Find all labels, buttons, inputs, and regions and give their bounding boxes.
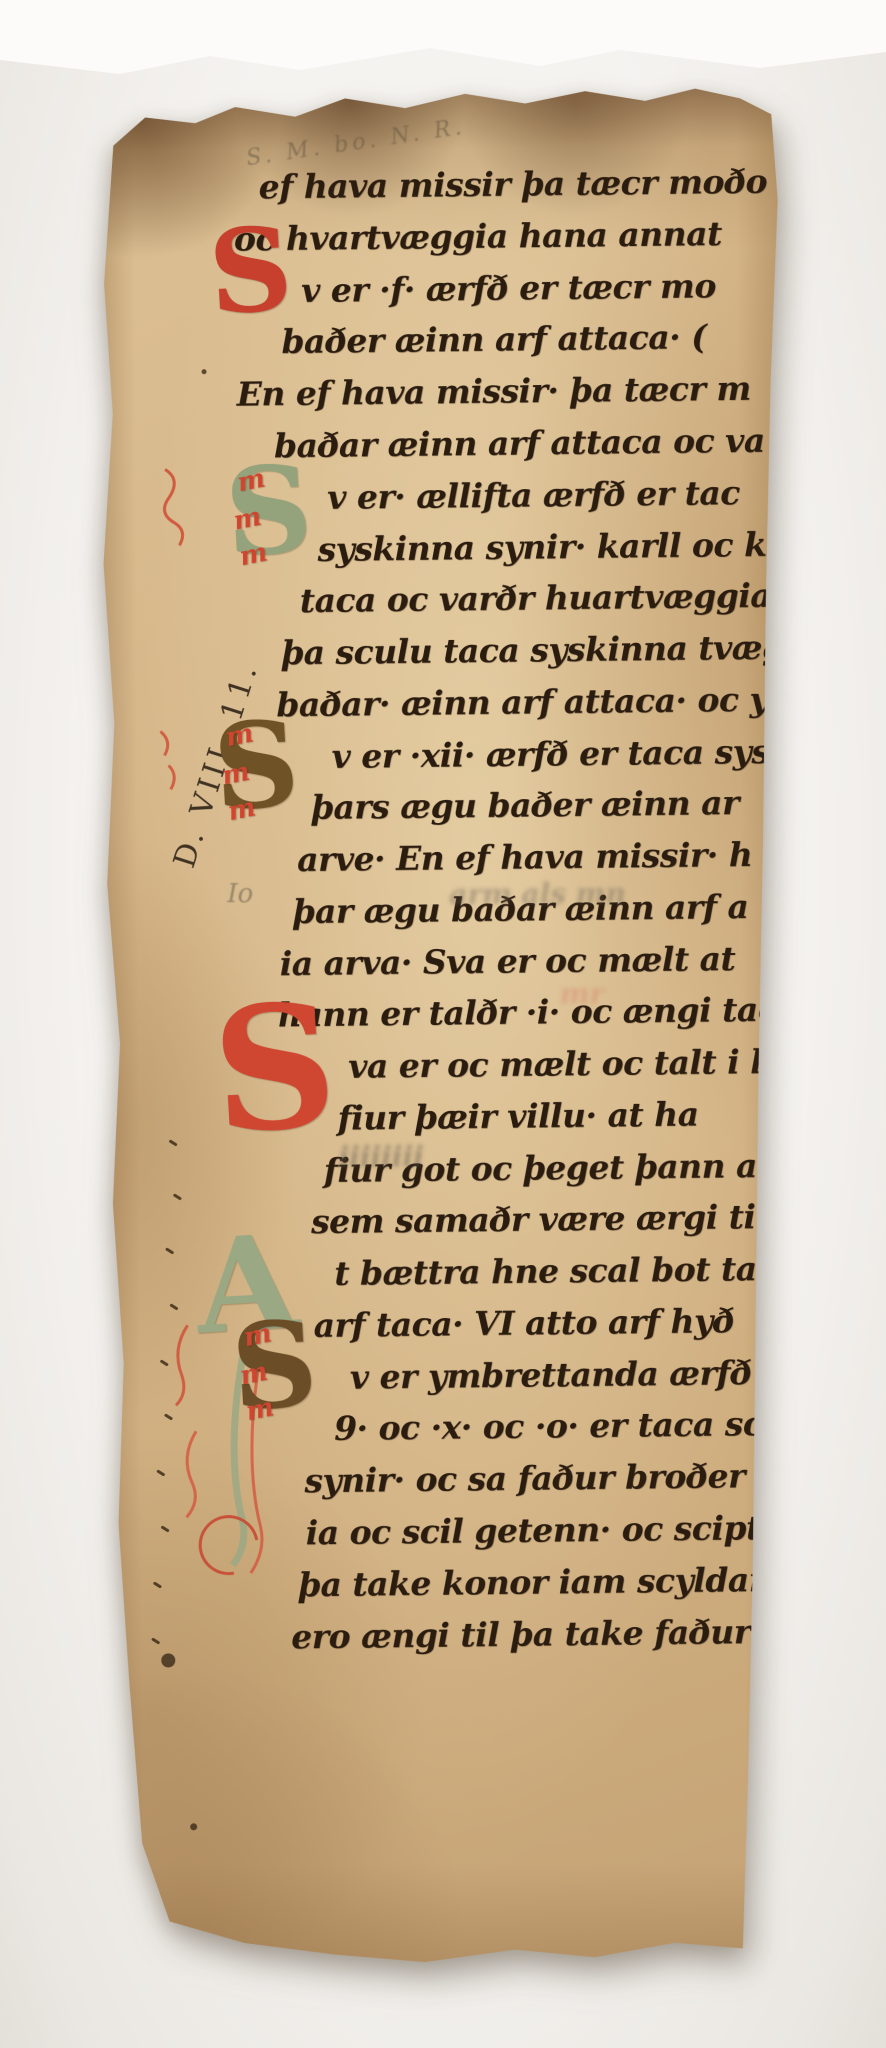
manuscript-line-23: arf taca· VI atto arf hyð (313, 1301, 734, 1345)
parchment-wrapper: S. M. bo. N. R. D. VIII. 11. Io ef hava … (85, 80, 795, 1979)
manuscript-line-10: þa sculu taca syskinna tvæg (281, 628, 785, 673)
manuscript-line-29: ero ængi til þa take faður bri (291, 1611, 813, 1656)
manuscript-line-9: taca oc varðr huartvæggia (300, 576, 772, 620)
red-flourish-icon (176, 1325, 188, 1405)
manuscript-line-19: fiur þæir villu· at ha (337, 1095, 698, 1138)
red-flourish-icon (186, 1431, 196, 1517)
manuscript-line-17: hann er talðr ·i· oc ængi taca (278, 990, 799, 1035)
red-pen-mark: m (224, 723, 255, 749)
stain-spot (190, 1823, 197, 1830)
manuscript-line-7: v er· ællifta ærfð er tac (327, 473, 740, 517)
red-flourish-icon (164, 469, 182, 545)
manuscript-line-11: baðar· æinn arf attaca· oc y (276, 680, 768, 725)
red-pen-mark: m (226, 797, 257, 823)
red-pen-mark: m (238, 1362, 269, 1388)
ink-showthrough-3: mr (560, 977, 605, 1010)
manuscript-line-26: synir· oc sa faður broðer ann (304, 1455, 824, 1500)
manuscript-line-3: v er ·f· ærfð er tæcr mo (301, 266, 716, 310)
manuscript-line-12: v er ·xii· ærfð er taca syst (331, 732, 784, 776)
decorated-initial-3: Smmm (211, 717, 302, 816)
manuscript-line-6: baðar æinn arf attaca oc va (274, 421, 765, 466)
decorated-initial-2: Smmm (223, 461, 315, 562)
red-pen-mark: m (238, 542, 269, 568)
red-pen-mark: m (236, 468, 267, 494)
decorated-initial-4: S (209, 997, 339, 1140)
ink-showthrough-2: iiiiiiii (339, 1140, 424, 1173)
manuscript-line-2: oc hvartvæggia hana annat (234, 214, 722, 259)
manuscript-line-5: En ef hava missir· þa tæcr m (236, 369, 750, 414)
manuscript-line-16: ia arva· Sva er oc mælt at (279, 939, 735, 983)
manuscript-line-28: þa take konor iam scyldar oc (298, 1559, 818, 1604)
decorated-initial-1: S (206, 224, 294, 321)
manuscript-line-1: ef hava missir þa tæcr moðo (258, 162, 767, 207)
red-pen-mark: m (242, 1323, 273, 1349)
red-pen-mark: m (245, 1397, 276, 1423)
manuscript-line-18: va er oc mælt oc talt i lo (348, 1042, 784, 1086)
manuscript-line-25: 9· oc ·x· oc ·o· er taca scul (334, 1404, 798, 1448)
manuscript-line-8: syskinna synir· karll oc k (317, 525, 766, 569)
ink-showthrough-1: arm als mn (449, 877, 626, 911)
manuscript-line-22: t bættra hne scal bot taca (334, 1249, 797, 1293)
manuscript-line-24: v er ymbrettanda ærfð (350, 1353, 752, 1397)
decorated-initial-6: Smmm (229, 1316, 320, 1415)
red-pen-mark: m (220, 762, 251, 788)
manuscript-line-14: arve· En ef hava missir· h (297, 835, 753, 879)
manuscript-line-27: ia oc scil getenn· oc scipt at m (305, 1507, 853, 1552)
red-pen-mark: m (232, 507, 263, 533)
parchment: S. M. bo. N. R. D. VIII. 11. Io ef hava … (85, 80, 795, 1979)
stain-spot (161, 1653, 175, 1667)
red-flourish-icon (160, 731, 174, 789)
stain-spot (202, 369, 207, 374)
manuscript-line-21: sem samaðr være ærgi til ef (311, 1197, 813, 1242)
photo-stage: S. M. bo. N. R. D. VIII. 11. Io ef hava … (0, 0, 886, 2048)
manuscript-line-13: þars ægu baðer æinn ar (311, 783, 739, 827)
manuscript-line-4: baðer æinn arf attaca· ( (281, 317, 706, 361)
